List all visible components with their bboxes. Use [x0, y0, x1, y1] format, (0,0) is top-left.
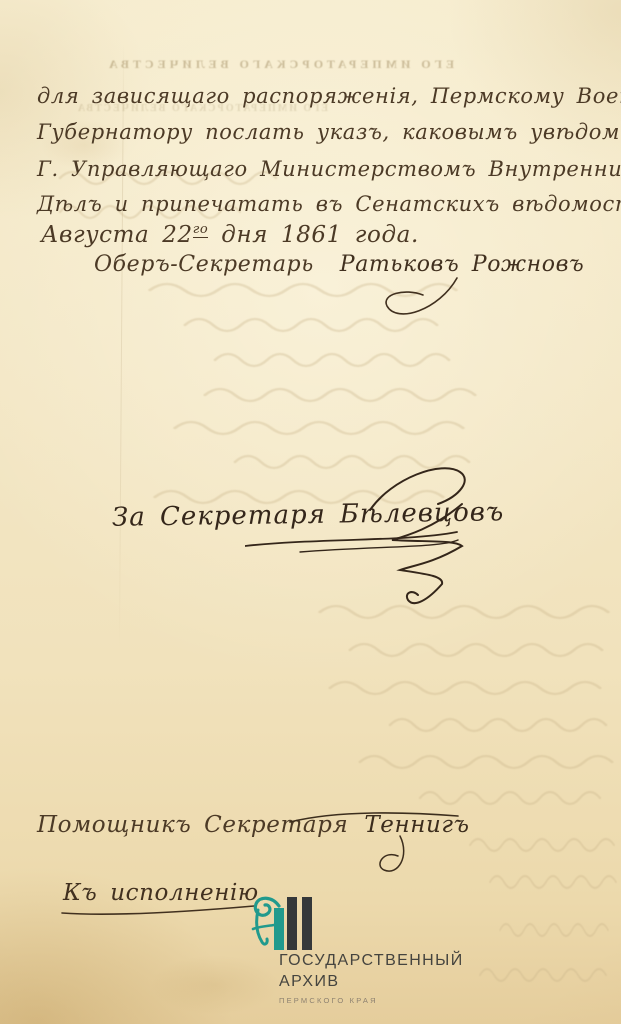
archive-watermark-text: ГОСУДАРСТВЕННЫЙ АРХИВ ПЕРМСКОГО КРАЯ [279, 952, 464, 1005]
archive-name-line1: ГОСУДАРСТВЕННЫЙ [279, 952, 464, 970]
manuscript-line-4: Дѣлъ и припечатать въ Сенатскихъ вѣдомос… [37, 192, 621, 216]
ober-secretary-line: Оберъ-Секретарь Ратьковъ Рожновъ [94, 252, 584, 277]
ober-secretary-title: Оберъ-Секретарь [94, 252, 314, 277]
acting-secretary-signature-line: За СекретаряБѣлевцовъ [112, 497, 505, 532]
date-line: Августа 22го дня 1861 года. [41, 222, 419, 248]
ober-secretary-signature: Ратьковъ Рожновъ [340, 252, 584, 277]
acting-secretary-signature: Бѣлевцовъ [340, 497, 505, 529]
archive-column-logo-icon [250, 896, 312, 952]
document-scan: ЕГО ИМПЕРАТОРСКАГО ВЕЛИЧЕСТВА ЕГО ИМПЕРА… [0, 0, 621, 1024]
manuscript-line-2: Губернатору послать указъ, каковымъ увѣд… [37, 120, 621, 144]
date-ordinal-superscript: го [193, 222, 209, 238]
assistant-secretary-line: Помощникъ СекретаряТеннигъ [37, 812, 470, 838]
acting-secretary-prefix: За Секретаря [112, 500, 326, 533]
manuscript-line-3: Г. Управляющаго Министерствомъ Внутренни… [37, 157, 621, 181]
archive-subtitle: ПЕРМСКОГО КРАЯ [279, 996, 464, 1005]
assistant-secretary-signature: Теннигъ [364, 812, 469, 838]
assistant-secretary-title: Помощникъ Секретаря [37, 812, 348, 838]
resolution-note: Къ исполненію. [63, 880, 267, 906]
date-suffix: дня 1861 года. [208, 222, 419, 248]
date-prefix: Августа 22 [41, 222, 193, 248]
manuscript-line-1: для зависящаго распоряженія, Пермскому В… [37, 84, 621, 108]
archive-name-line2: АРХИВ [279, 973, 464, 991]
